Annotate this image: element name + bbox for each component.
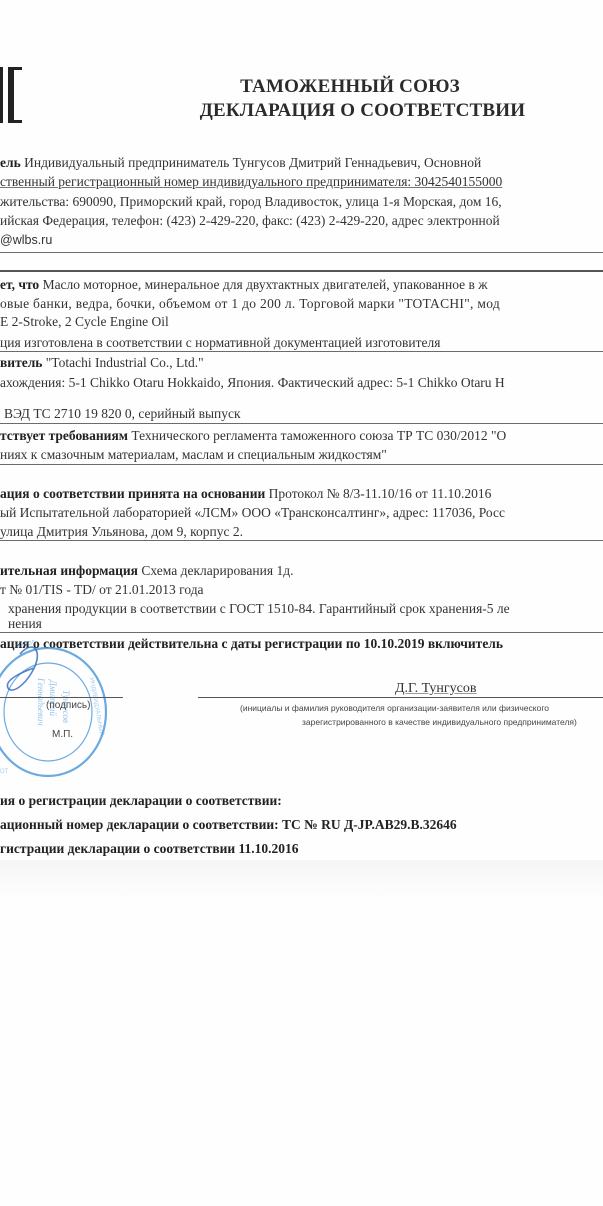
compliance-text: Технического регламента таможенного союз…: [131, 428, 506, 443]
title-declaration: ДЕКЛАРАЦИЯ О СООТВЕТСТВИИ: [170, 100, 555, 122]
product-line-1: ет, что Масло моторное, минеральное для …: [0, 277, 488, 293]
name-line: [198, 697, 603, 698]
scan-artifact: [0, 860, 603, 900]
applicant-line-4: ийская Федерация, телефон: (423) 2-429-2…: [0, 213, 500, 229]
additional-label: ительная информация: [0, 563, 138, 578]
declaration-page: ТАМОЖЕННЫЙ СОЮЗ ДЕКЛАРАЦИЯ О СООТВЕТСТВИ…: [0, 0, 603, 1206]
applicant-line-1: ель Индивидуальный предприниматель Тунгу…: [0, 155, 481, 171]
divider: [0, 540, 603, 541]
eac-mark-icon: [0, 67, 22, 123]
manufacturer-name: "Totachi Industrial Co., Ltd.": [46, 355, 204, 370]
applicant-line-2: ственный регистрационный номер индивидуа…: [0, 174, 502, 190]
divider: [0, 423, 603, 424]
registration-heading: ия о регистрации декларации о соответств…: [0, 793, 282, 809]
manufacturer-address: ахождения: 5-1 Chikko Otaru Hokkaido, Яп…: [0, 375, 505, 391]
compliance-line-1: тствует требованиям Технического регламе…: [0, 428, 506, 444]
tnved-code: ВЭД ТС 2710 19 820 0, серийный выпуск: [4, 406, 241, 422]
name-caption-1: (инициалы и фамилия руководителя организ…: [240, 703, 549, 713]
divider: [0, 252, 603, 253]
product-line-2: овые банки, ведра, бочки, объемом от 1 д…: [0, 296, 500, 312]
title-customs-union: ТАМОЖЕННЫЙ СОЮЗ: [180, 76, 520, 98]
additional-text: Схема декларирования 1д.: [141, 563, 293, 578]
manufacturer-label: витель: [0, 355, 42, 370]
additional-line-3: хранения продукции в соответствии с ГОСТ…: [8, 601, 510, 617]
product-line-4: ция изготовлена в соответствии с нормати…: [0, 335, 440, 351]
svg-text:ОТ: ОТ: [0, 769, 9, 775]
signature-line: [0, 697, 123, 698]
applicant-email: @wlbs.ru: [0, 232, 52, 248]
additional-line-2: т № 01/TIS - TD/ от 21.01.2013 года: [0, 582, 204, 598]
basis-label: ация о соответствии принята на основании: [0, 486, 265, 501]
signature-caption: (подпись): [46, 700, 90, 711]
compliance-line-2: ниях к смазочным материалам, маслам и сп…: [0, 447, 387, 463]
registration-number: ационный номер декларации о соответствии…: [0, 817, 457, 833]
divider: [0, 464, 603, 465]
applicant-label: ель: [0, 155, 21, 170]
basis-line-1: ация о соответствии принята на основании…: [0, 486, 491, 502]
product-label: ет, что: [0, 277, 39, 292]
signatory-name: Д.Г. Тунгусов: [395, 681, 476, 697]
svg-text:Геннадьевич: Геннадьевич: [36, 677, 46, 726]
product-text: Масло моторное, минеральное для двухтакт…: [43, 277, 488, 292]
registration-date: гистрации декларации о соответствии 11.1…: [0, 841, 299, 857]
basis-line-2: ый Испытательной лабораторией «ЛСМ» ООО …: [0, 505, 505, 521]
name-caption-2: зарегистрированного в качестве индивидуа…: [302, 717, 577, 727]
divider: [0, 270, 603, 272]
stamp-caption: М.П.: [52, 729, 73, 740]
divider: [0, 351, 603, 352]
svg-text:ИНДИВИДУАЛЬНЫЙ: ИНДИВИДУАЛЬНЫЙ: [88, 677, 106, 736]
basis-protocol: Протокол № 8/3-11.10/16 от 11.10.2016: [269, 486, 492, 501]
additional-line-1: ительная информация Схема декларирования…: [0, 563, 293, 579]
product-line-3: E 2-Stroke, 2 Cycle Engine Oil: [0, 314, 169, 330]
manufacturer-line: витель "Totachi Industrial Co., Ltd.": [0, 355, 204, 371]
compliance-label: тствует требованиям: [0, 428, 128, 443]
applicant-line-3: жительства: 690090, Приморский край, гор…: [0, 194, 502, 210]
basis-line-3: улица Дмитрия Ульянова, дом 9, корпус 2.: [0, 524, 243, 540]
applicant-text: Индивидуальный предприниматель Тунгусов …: [24, 155, 481, 170]
